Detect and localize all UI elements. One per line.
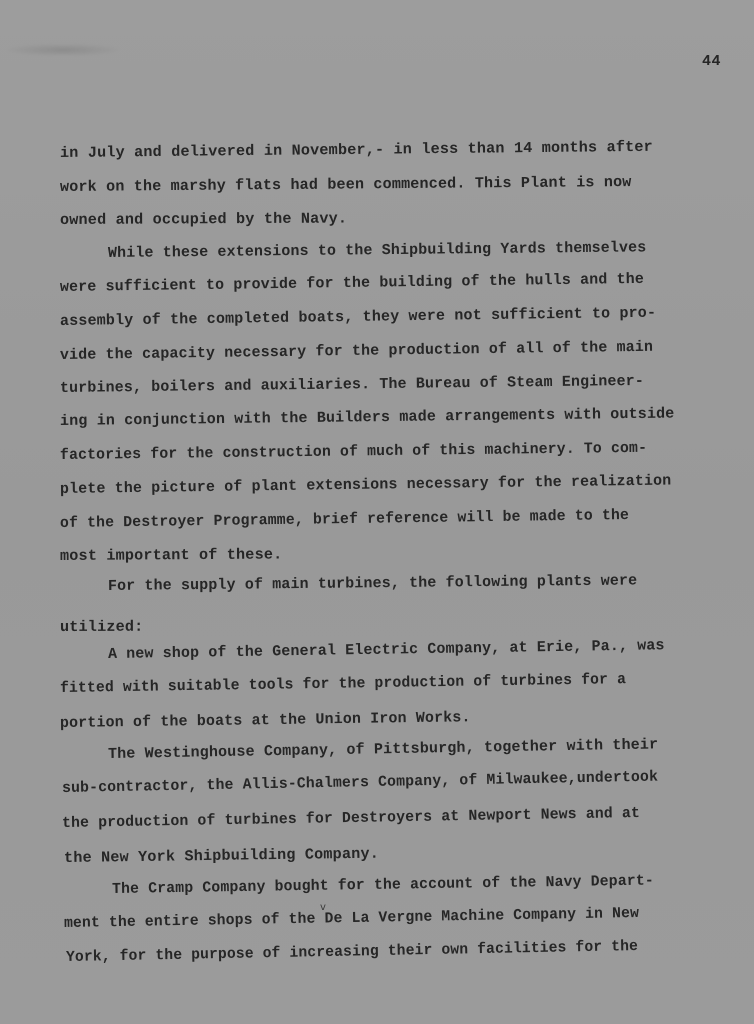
text-line: sub-contractor, the Allis-Chalmers Compa… (62, 768, 658, 797)
bleed-through-smudge (8, 44, 118, 56)
text-line: vide the capacity necessary for the prod… (60, 338, 653, 364)
text-line: work on the marshy flats had been commen… (60, 173, 632, 196)
text-line: utilized: (60, 618, 143, 636)
text-line: owned and occupied by the Navy. (60, 209, 347, 229)
text-line: the production of turbines for Destroyer… (62, 804, 640, 832)
text-line: turbines, boilers and auxiliaries. The B… (60, 372, 644, 397)
text-line: portion of the boats at the Union Iron W… (60, 708, 471, 732)
text-line: most important of these. (60, 545, 282, 565)
text-line: factories for the construction of much o… (60, 439, 647, 464)
text-line: A new shop of the General Electric Compa… (108, 636, 665, 663)
text-line: The Cramp Company bought for the account… (112, 871, 654, 898)
text-line: assembly of the completed boats, they we… (60, 304, 656, 330)
text-line: of the Destroyer Programme, brief refere… (60, 506, 629, 532)
text-line: For the supply of main turbines, the fol… (108, 571, 637, 595)
page-number: 44 (702, 53, 721, 70)
text-line: ment the entire shops of the De La Vergn… (64, 904, 639, 932)
text-line: fitted with suitable tools for the produ… (60, 670, 626, 697)
text-line: plete the picture of plant extensions ne… (60, 471, 672, 498)
text-line: in July and delivered in November,- in l… (60, 138, 653, 162)
text-line: ing in conjunction with the Builders mad… (60, 404, 675, 430)
document-page: 44 in July and delivered in November,- i… (0, 0, 754, 1024)
text-line: the New York Shipbuilding Company. (64, 845, 379, 867)
text-line: were sufficient to provide for the build… (60, 270, 644, 296)
text-line: The Westinghouse Company, of Pittsburgh,… (108, 735, 659, 763)
text-line: While these extensions to the Shipbuildi… (108, 238, 647, 262)
text-line: York, for the purpose of increasing thei… (66, 937, 638, 966)
